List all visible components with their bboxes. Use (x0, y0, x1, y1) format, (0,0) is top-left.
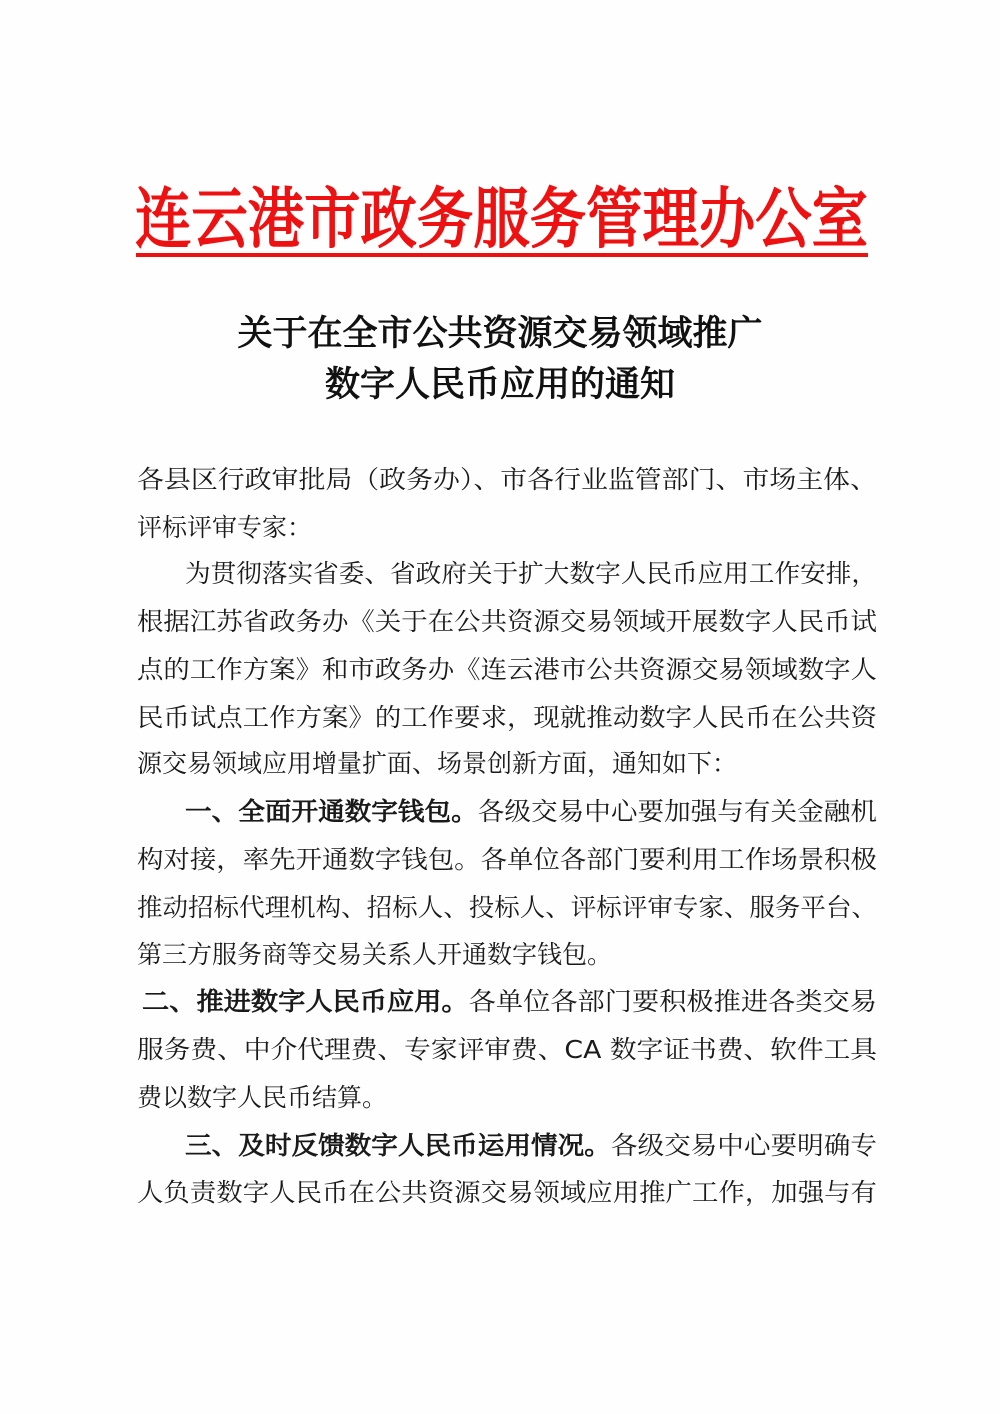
section-3-line-2: 人负责数字人民币在公共资源交易领域应用推广工作，加强与有 (137, 1175, 877, 1211)
section-2-line-2: 服务费、中介代理费、专家评审费、CA 数字证书费、软件工具 (137, 1032, 877, 1068)
section-2-line-3: 费以数字人民币结算。 (137, 1080, 877, 1116)
document-title-line-2: 数字人民币应用的通知 (0, 360, 1000, 410)
section-3-heading: 三、及时反馈数字人民币运用情况。 (185, 1131, 611, 1160)
section-1-line-2: 构对接，率先开通数字钱包。各单位各部门要利用工作场景积极 (137, 842, 877, 878)
intro-line-3: 点的工作方案》和市政务办《连云港市公共资源交易领域数字人 (137, 652, 877, 688)
section-1-line-4: 第三方服务商等交易关系人开通数字钱包。 (137, 937, 877, 973)
section-2-heading: 二、推进数字人民币应用。 (142, 987, 469, 1016)
section-1-first-line: 一、全面开通数字钱包。各级交易中心要加强与有关金融机 (185, 794, 877, 830)
section-2-text: 各单位各部门要积极推进各类交易 (469, 987, 877, 1016)
intro-line-1: 为贯彻落实省委、省政府关于扩大数字人民币应用工作安排， (185, 556, 877, 592)
section-1-text: 各级交易中心要加强与有关金融机 (478, 797, 877, 826)
document-title-line-1: 关于在全市公共资源交易领域推广 (0, 309, 1000, 359)
section-3-first-line: 三、及时反馈数字人民币运用情况。各级交易中心要明确专 (185, 1128, 877, 1164)
section-1-heading: 一、全面开通数字钱包。 (185, 797, 478, 826)
document-page: 连云港市政务服务管理办公室 关于在全市公共资源交易领域推广 数字人民币应用的通知… (0, 0, 1000, 1414)
section-1-line-3: 推动招标代理机构、招标人、投标人、评标评审专家、服务平台、 (137, 890, 877, 926)
addressee-line-2: 评标评审专家： (137, 510, 877, 546)
letterhead-org-name: 连云港市政务服务管理办公室 (135, 178, 868, 261)
section-3-text: 各级交易中心要明确专 (611, 1131, 877, 1160)
intro-line-2: 根据江苏省政务办《关于在公共资源交易领域开展数字人民币试 (137, 604, 877, 640)
addressee-line-1: 各县区行政审批局（政务办）、市各行业监管部门、市场主体、 (137, 462, 877, 498)
section-2-first-line: 二、推进数字人民币应用。各单位各部门要积极推进各类交易 (142, 984, 877, 1020)
intro-line-5: 源交易领域应用增量扩面、场景创新方面，通知如下： (137, 746, 877, 782)
letterhead-red-rule (136, 253, 868, 257)
intro-line-4: 民币试点工作方案》的工作要求，现就推动数字人民币在公共资 (137, 700, 877, 736)
